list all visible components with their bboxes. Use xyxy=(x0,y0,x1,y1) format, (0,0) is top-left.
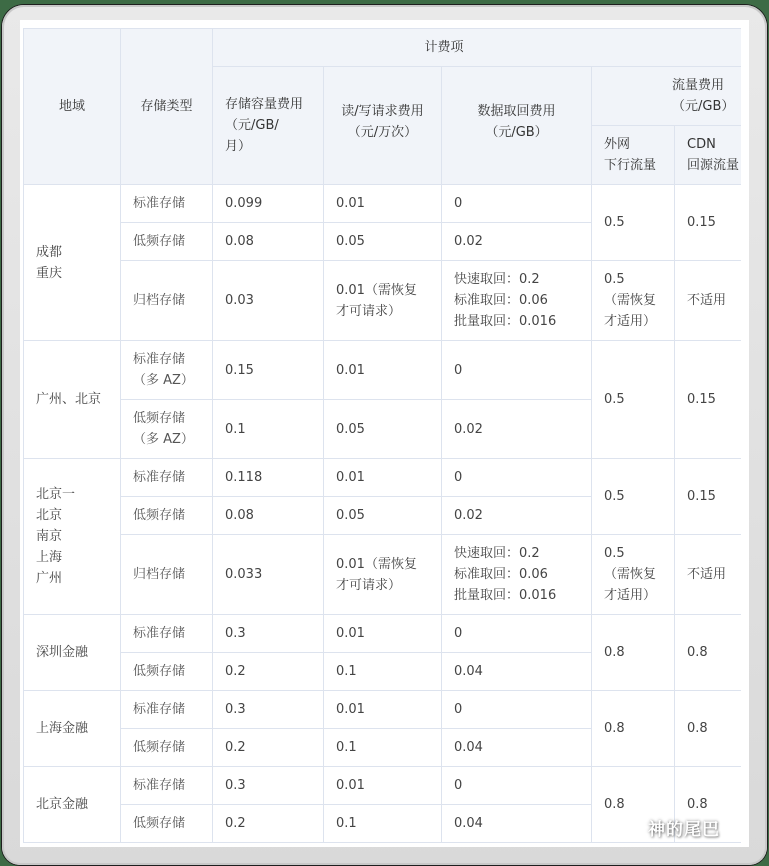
storage-type-cell: 标准存储 xyxy=(121,185,213,223)
cdn-cell: 0.15 xyxy=(675,341,742,459)
request-cell: 0.01 xyxy=(324,185,442,223)
storage-type-cell: 标准存储 xyxy=(121,459,213,497)
storage-type-cell: 低频存储 xyxy=(121,223,213,261)
capacity-cell: 0.2 xyxy=(213,805,324,843)
storage-type-cell: 低频存储 xyxy=(121,497,213,535)
request-cell: 0.01 xyxy=(324,615,442,653)
table-row: 归档存储 0.033 0.01（需恢复 才可请求） 快速取回：0.2 标准取回：… xyxy=(24,535,742,615)
capacity-cell: 0.03 xyxy=(213,261,324,341)
capacity-cell: 0.1 xyxy=(213,400,324,459)
header-cdn-origin: CDN 回源流量 xyxy=(675,126,742,185)
storage-type-cell: 归档存储 xyxy=(121,261,213,341)
retrieval-cell: 0 xyxy=(442,615,592,653)
storage-type-cell: 低频存储 （多 AZ） xyxy=(121,400,213,459)
storage-type-cell: 低频存储 xyxy=(121,729,213,767)
region-cell: 成都 重庆 xyxy=(24,185,121,341)
table-row: 归档存储 0.03 0.01（需恢复 才可请求） 快速取回：0.2 标准取回：0… xyxy=(24,261,742,341)
cdn-cell: 0.15 xyxy=(675,185,742,261)
header-internet-outbound: 外网 下行流量 xyxy=(592,126,675,185)
retrieval-cell: 0 xyxy=(442,185,592,223)
header-request-fee: 读/写请求费用 （元/万次） xyxy=(324,67,442,185)
internet-cell: 0.5 （需恢复 才适用） xyxy=(592,261,675,341)
retrieval-cell: 0 xyxy=(442,341,592,400)
header-region: 地域 xyxy=(24,29,121,185)
retrieval-cell: 0 xyxy=(442,691,592,729)
header-billing-items: 计费项 xyxy=(213,29,742,67)
table-row: 北京金融 标准存储 0.3 0.01 0 0.8 0.8 xyxy=(24,767,742,805)
storage-type-cell: 标准存储 xyxy=(121,615,213,653)
cdn-cell: 不适用 xyxy=(675,535,742,615)
request-cell: 0.05 xyxy=(324,497,442,535)
request-cell: 0.01 xyxy=(324,341,442,400)
storage-type-cell: 标准存储 xyxy=(121,691,213,729)
table-row: 深圳金融 标准存储 0.3 0.01 0 0.8 0.8 xyxy=(24,615,742,653)
retrieval-cell: 0.04 xyxy=(442,729,592,767)
table-row: 成都 重庆 标准存储 0.099 0.01 0 0.5 0.15 xyxy=(24,185,742,223)
table-viewport: 地域 存储类型 计费项 存储容量费用 （元/GB/ 月） 读/写请求费用 （元/… xyxy=(23,28,741,846)
retrieval-cell: 快速取回：0.2 标准取回：0.06 批量取回：0.016 xyxy=(442,261,592,341)
capacity-cell: 0.118 xyxy=(213,459,324,497)
request-cell: 0.01（需恢复 才可请求） xyxy=(324,261,442,341)
request-cell: 0.1 xyxy=(324,653,442,691)
capacity-cell: 0.3 xyxy=(213,767,324,805)
region-cell: 北京金融 xyxy=(24,767,121,843)
request-cell: 0.01 xyxy=(324,459,442,497)
capacity-cell: 0.033 xyxy=(213,535,324,615)
request-cell: 0.01 xyxy=(324,691,442,729)
retrieval-cell: 0 xyxy=(442,767,592,805)
capacity-cell: 0.08 xyxy=(213,497,324,535)
cdn-cell: 0.8 xyxy=(675,615,742,691)
capacity-cell: 0.3 xyxy=(213,615,324,653)
internet-cell: 0.8 xyxy=(592,615,675,691)
internet-cell: 0.5 xyxy=(592,185,675,261)
retrieval-cell: 0.02 xyxy=(442,497,592,535)
storage-type-cell: 标准存储 xyxy=(121,767,213,805)
header-capacity-fee: 存储容量费用 （元/GB/ 月） xyxy=(213,67,324,185)
header-storage-type: 存储类型 xyxy=(121,29,213,185)
storage-type-cell: 低频存储 xyxy=(121,805,213,843)
internet-cell: 0.8 xyxy=(592,691,675,767)
capacity-cell: 0.3 xyxy=(213,691,324,729)
cdn-cell: 0.15 xyxy=(675,459,742,535)
retrieval-cell: 0.04 xyxy=(442,805,592,843)
retrieval-cell: 0 xyxy=(442,459,592,497)
capacity-cell: 0.2 xyxy=(213,729,324,767)
request-cell: 0.1 xyxy=(324,805,442,843)
region-cell: 上海金融 xyxy=(24,691,121,767)
retrieval-cell: 快速取回：0.2 标准取回：0.06 批量取回：0.016 xyxy=(442,535,592,615)
request-cell: 0.1 xyxy=(324,729,442,767)
internet-cell: 0.5 xyxy=(592,459,675,535)
pricing-table: 地域 存储类型 计费项 存储容量费用 （元/GB/ 月） 读/写请求费用 （元/… xyxy=(23,28,741,843)
request-cell: 0.05 xyxy=(324,223,442,261)
request-cell: 0.01 xyxy=(324,767,442,805)
watermark: 神的尾巴 xyxy=(648,815,720,840)
region-cell: 北京一 北京 南京 上海 广州 xyxy=(24,459,121,615)
internet-cell: 0.5 xyxy=(592,341,675,459)
capacity-cell: 0.08 xyxy=(213,223,324,261)
table-row: 广州、北京 标准存储 （多 AZ） 0.15 0.01 0 0.5 0.15 xyxy=(24,341,742,400)
region-cell: 广州、北京 xyxy=(24,341,121,459)
internet-cell: 0.5 （需恢复 才适用） xyxy=(592,535,675,615)
retrieval-cell: 0.04 xyxy=(442,653,592,691)
capacity-cell: 0.15 xyxy=(213,341,324,400)
request-cell: 0.01（需恢复 才可请求） xyxy=(324,535,442,615)
retrieval-cell: 0.02 xyxy=(442,400,592,459)
header-traffic-fee: 流量费用 （元/GB） xyxy=(592,67,742,126)
region-cell: 深圳金融 xyxy=(24,615,121,691)
request-cell: 0.05 xyxy=(324,400,442,459)
table-row: 上海金融 标准存储 0.3 0.01 0 0.8 0.8 xyxy=(24,691,742,729)
cdn-cell: 0.8 xyxy=(675,691,742,767)
content-panel: 地域 存储类型 计费项 存储容量费用 （元/GB/ 月） 读/写请求费用 （元/… xyxy=(20,20,749,847)
storage-type-cell: 归档存储 xyxy=(121,535,213,615)
storage-type-cell: 标准存储 （多 AZ） xyxy=(121,341,213,400)
capacity-cell: 0.2 xyxy=(213,653,324,691)
header-retrieval-fee: 数据取回费用 （元/GB） xyxy=(442,67,592,185)
storage-type-cell: 低频存储 xyxy=(121,653,213,691)
cdn-cell: 不适用 xyxy=(675,261,742,341)
capacity-cell: 0.099 xyxy=(213,185,324,223)
retrieval-cell: 0.02 xyxy=(442,223,592,261)
table-row: 北京一 北京 南京 上海 广州 标准存储 0.118 0.01 0 0.5 0.… xyxy=(24,459,742,497)
